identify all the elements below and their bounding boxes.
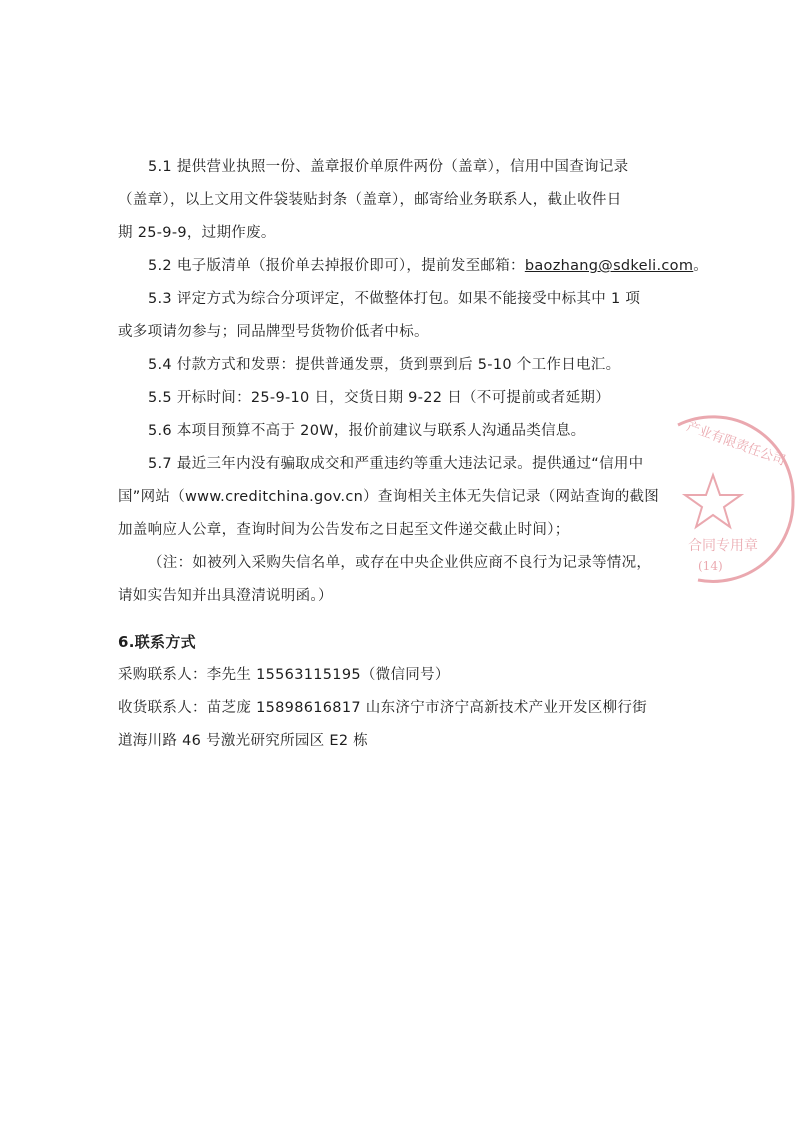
svg-text:(14): (14) <box>698 559 723 573</box>
clause-5-3-line-2: 或多项请勿参与；同品牌型号货物价低者中标。 <box>118 322 698 342</box>
clause-5-7-line-3: 加盖响应人公章，查询时间为公告发布之日起至文件递交截止时间）； <box>118 520 698 540</box>
note-line-2: 请如实告知并出具澄清说明函。） <box>118 586 698 606</box>
clause-5-1-line-3: 期 25-9-9，过期作废。 <box>118 223 698 243</box>
clause-5-5: 5.5 开标时间：25-9-10 日，交货日期 9-22 日（不可提前或者延期） <box>148 388 728 408</box>
clause-5-2-suffix: 。 <box>693 258 708 274</box>
clause-5-3-line-1: 5.3 评定方式为综合分项评定，不做整体打包。如果不能接受中标其中 1 项 <box>148 289 728 309</box>
clause-5-7-line-2: 国”网站（www.creditchina.gov.cn）查询相关主体无失信记录（… <box>118 487 698 507</box>
delivery-contact-line-1: 收货联系人：苗芝庞 15898616817 山东济宁市济宁高新技术产业开发区柳行… <box>118 698 698 718</box>
svg-text:合同专用章: 合同专用章 <box>688 537 758 554</box>
note-line-1: （注：如被列入采购失信名单，或存在中央企业供应商不良行为记录等情况， <box>148 553 728 573</box>
purchase-contact: 采购联系人：李先生 15563115195（微信同号） <box>118 665 698 685</box>
clause-5-2-text: 5.2 电子版清单（报价单去掉报价即可），提前发至邮箱： <box>148 258 525 274</box>
clause-5-7-line-1: 5.7 最近三年内没有骗取成交和严重违约等重大违法记录。提供通过“信用中 <box>148 454 728 474</box>
document-page: 5.1 提供营业执照一份、盖章报价单原件两份（盖章），信用中国查询记录 （盖章）… <box>0 0 800 1130</box>
clause-5-6: 5.6 本项目预算不高于 20W，报价前建议与联系人沟通品类信息。 <box>148 421 728 441</box>
section-6-heading: 6.联系方式 <box>118 632 698 652</box>
clause-5-1-line-1: 5.1 提供营业执照一份、盖章报价单原件两份（盖章），信用中国查询记录 <box>148 157 728 177</box>
clause-5-1-line-2: （盖章），以上文用文件袋装贴封条（盖章），邮寄给业务联系人，截止收件日 <box>118 190 698 210</box>
delivery-contact-line-2: 道海川路 46 号激光研究所园区 E2 栋 <box>118 731 698 751</box>
company-seal-icon: 合同专用章 (14) 产业有限责任公司 <box>668 415 798 585</box>
email-link[interactable]: baozhang@sdkeli.com <box>525 258 693 274</box>
clause-5-4: 5.4 付款方式和发票：提供普通发票，货到票到后 5-10 个工作日电汇。 <box>148 355 728 375</box>
clause-5-2: 5.2 电子版清单（报价单去掉报价即可），提前发至邮箱：baozhang@sdk… <box>148 256 728 276</box>
